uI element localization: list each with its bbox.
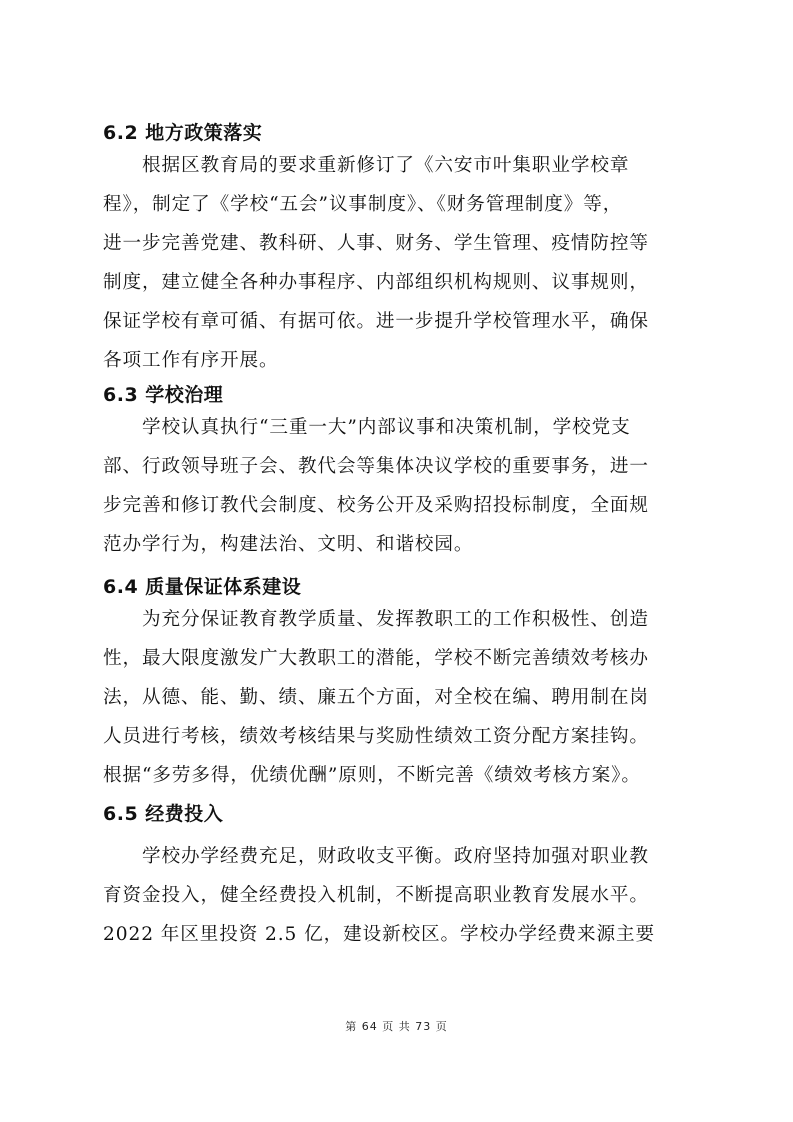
section-6-4: 6.4 质量保证体系建设 为充分保证教育教学质量、发挥教职工的工作积极性、创造 … — [103, 572, 691, 795]
text-line: 程》，制定了《学校“五会”议事制度》、《财务管理制度》等， — [103, 185, 691, 224]
text-line: 根据区教育局的要求重新修订了《六安市叶集职业学校章 — [103, 146, 691, 185]
text-line: 根据“多劳多得，优绩优酬”原则，不断完善《绩效考核方案》。 — [103, 756, 691, 795]
paragraph: 为充分保证教育教学质量、发挥教职工的工作积极性、创造 性，最大限度激发广大教职工… — [103, 600, 691, 795]
section-heading: 6.5 经费投入 — [103, 799, 691, 829]
section-6-2: 6.2 地方政策落实 根据区教育局的要求重新修订了《六安市叶集职业学校章 程》，… — [103, 118, 691, 380]
section-6-3: 6.3 学校治理 学校认真执行“三重一大”内部议事和决策机制，学校党支 部、行政… — [103, 380, 691, 564]
text-line: 各项工作有序开展。 — [103, 341, 691, 380]
section-6-5: 6.5 经费投入 学校办学经费充足，财政收支平衡。政府坚持加强对职业教 育资金投… — [103, 799, 691, 954]
document-page: 6.2 地方政策落实 根据区教育局的要求重新修订了《六安市叶集职业学校章 程》，… — [0, 0, 793, 1122]
text-line: 部、行政领导班子会、教代会等集体决议学校的重要事务，进一 — [103, 447, 691, 486]
page-number-footer: 第 64 页 共 73 页 — [0, 1018, 793, 1034]
section-heading: 6.3 学校治理 — [103, 380, 691, 410]
text-line: 学校认真执行“三重一大”内部议事和决策机制，学校党支 — [103, 408, 691, 447]
text-line: 法，从德、能、勤、绩、廉五个方面，对全校在编、聘用制在岗 — [103, 678, 691, 717]
paragraph: 根据区教育局的要求重新修订了《六安市叶集职业学校章 程》，制定了《学校“五会”议… — [103, 146, 691, 380]
page-content: 6.2 地方政策落实 根据区教育局的要求重新修订了《六安市叶集职业学校章 程》，… — [103, 118, 691, 954]
text-line: 制度，建立健全各种办事程序、内部组织机构规则、议事规则， — [103, 263, 691, 302]
text-line: 范办学行为，构建法治、文明、和谐校园。 — [103, 525, 691, 564]
paragraph: 学校认真执行“三重一大”内部议事和决策机制，学校党支 部、行政领导班子会、教代会… — [103, 408, 691, 564]
text-line: 人员进行考核，绩效考核结果与奖励性绩效工资分配方案挂钩。 — [103, 717, 691, 756]
text-line: 育资金投入，健全经费投入机制，不断提高职业教育发展水平。 — [103, 876, 691, 915]
paragraph: 学校办学经费充足，财政收支平衡。政府坚持加强对职业教 育资金投入，健全经费投入机… — [103, 837, 691, 954]
text-line: 步完善和修订教代会制度、校务公开及采购招投标制度，全面规 — [103, 486, 691, 525]
text-line: 保证学校有章可循、有据可依。进一步提升学校管理水平，确保 — [103, 302, 691, 341]
text-line: 为充分保证教育教学质量、发挥教职工的工作积极性、创造 — [103, 600, 691, 639]
section-heading: 6.4 质量保证体系建设 — [103, 572, 691, 602]
text-line: 进一步完善党建、教科研、人事、财务、学生管理、疫情防控等 — [103, 224, 691, 263]
section-heading: 6.2 地方政策落实 — [103, 118, 691, 148]
text-line: 学校办学经费充足，财政收支平衡。政府坚持加强对职业教 — [103, 837, 691, 876]
text-line: 性，最大限度激发广大教职工的潜能，学校不断完善绩效考核办 — [103, 639, 691, 678]
text-line: 2022 年区里投资 2.5 亿，建设新校区。学校办学经费来源主要 — [103, 915, 691, 954]
